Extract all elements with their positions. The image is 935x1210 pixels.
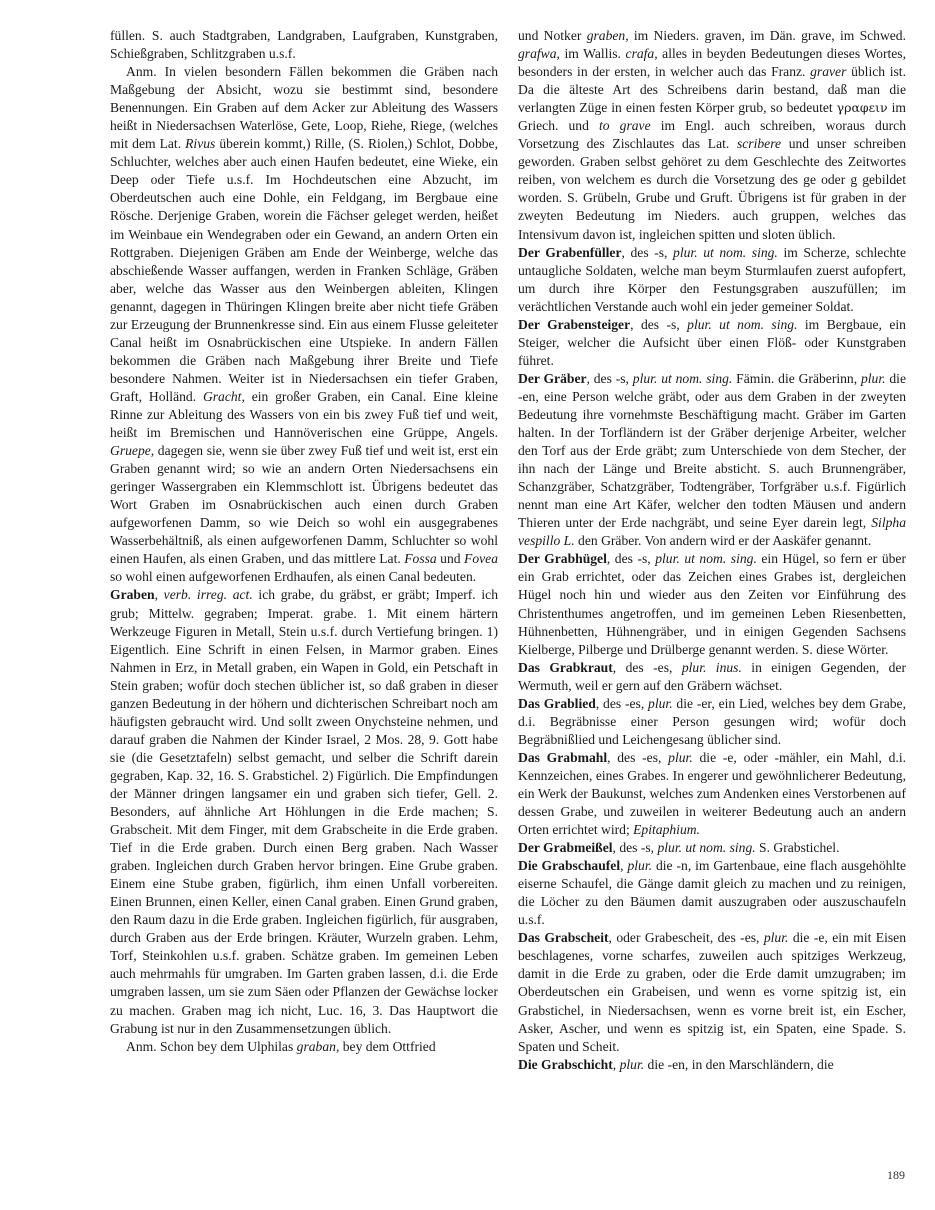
entry-headword: Der Grabenfüller	[518, 245, 622, 260]
entry-headword: Der Grabensteiger	[518, 317, 630, 332]
text-run: bey dem Ottfried	[339, 1039, 435, 1054]
left-column: füllen. S. auch Stadtgraben, Landgraben,…	[110, 27, 498, 1056]
entry-grablied: Das Grablied, des -es, plur. die -er, ei…	[518, 695, 906, 749]
entry-graeber: Der Gräber, des -s, plur. ut nom. sing. …	[518, 370, 906, 550]
entry-headword: Das Grabkraut	[518, 660, 613, 675]
paragraph-text: füllen. S. auch Stadtgraben, Landgraben,…	[110, 28, 498, 61]
text-run: und Notker	[518, 28, 587, 43]
grammar-note: plur. ut nom. sing.	[657, 840, 755, 855]
latin-term: Rivus	[185, 136, 215, 151]
term: to grave	[599, 118, 651, 133]
text-run: , des -s,	[613, 840, 658, 855]
paragraph-annotation: Anm. In vielen besondern Fällen bekommen…	[110, 63, 498, 586]
right-column: und Notker graben, im Nieders. graven, i…	[518, 27, 906, 1074]
text-run: im Nieders. graven, im Dän. grave, im Sc…	[629, 28, 906, 43]
latin-term: Epitaphium.	[633, 822, 700, 837]
text-run: im Wallis.	[560, 46, 626, 61]
entry-text: S. Grabstichel.	[756, 840, 840, 855]
text-run: , des -s,	[630, 317, 687, 332]
entry-text: Fämin. die Gräberinn,	[732, 371, 861, 386]
entry-grabmeissel: Der Grabmeißel, des -s, plur. ut nom. si…	[518, 839, 906, 857]
term: scribere	[737, 136, 781, 151]
entry-grabhuegel: Der Grabhügel, des -s, plur. ut nom. sin…	[518, 550, 906, 658]
text-run: ,	[613, 1057, 620, 1072]
gothic-term: graban,	[297, 1039, 340, 1054]
grammar-note: plur. ut nom. sing.	[687, 317, 797, 332]
paragraph-continuation: füllen. S. auch Stadtgraben, Landgraben,…	[110, 27, 498, 63]
grammar-note: verb. irreg. act.	[164, 587, 253, 602]
grammar-note: plur.	[620, 1057, 645, 1072]
entry-grabenfueller: Der Grabenfüller, des -s, plur. ut nom. …	[518, 244, 906, 316]
entry-graben: Graben, verb. irreg. act. ich grabe, du …	[110, 586, 498, 1037]
grammar-note: plur. inus.	[682, 660, 742, 675]
grammar-note: plur. ut nom. sing.	[655, 551, 757, 566]
entry-headword: Graben	[110, 587, 155, 602]
paragraph-annotation: Anm. Schon bey dem Ulphilas graban, bey …	[110, 1038, 498, 1056]
entry-headword: Das Grabmahl	[518, 750, 607, 765]
grammar-note: plur. ut nom. sing.	[633, 371, 733, 386]
entry-headword: Der Gräber	[518, 371, 587, 386]
entry-grabscheit: Das Grabscheit, oder Grabescheit, des -e…	[518, 929, 906, 1055]
entry-headword: Der Grabhügel	[518, 551, 607, 566]
entry-text: ich grabe, du gräbst, er gräbt; Imperf. …	[110, 587, 498, 1035]
text-run: , des -s,	[607, 551, 655, 566]
grammar-note: plur.	[764, 930, 789, 945]
dictionary-page: füllen. S. auch Stadtgraben, Landgraben,…	[0, 0, 935, 1210]
term: crafa,	[626, 46, 658, 61]
grammar-note: plur.	[648, 696, 673, 711]
text-run: , des -es,	[613, 660, 682, 675]
greek-term: γραφειν	[837, 100, 888, 115]
text-run: , des -s,	[622, 245, 674, 260]
term: grafwa,	[518, 46, 560, 61]
term: graben,	[587, 28, 629, 43]
text-run: und unser schreiben geworden. Graben sel…	[518, 136, 906, 241]
text-run: so wohl einen aufgeworfenen Erdhaufen, a…	[110, 569, 476, 584]
entry-headword: Der Grabmeißel	[518, 840, 613, 855]
text-run: , des -s,	[587, 371, 633, 386]
grammar-note: plur.	[627, 858, 652, 873]
grammar-note: plur. ut nom. sing.	[673, 245, 778, 260]
entry-text: die -e, ein mit Eisen beschlagenes, vorn…	[518, 930, 906, 1053]
entry-grabschaufel: Die Grabschaufel, plur. die -n, im Garte…	[518, 857, 906, 929]
anglosaxon-term: Gruepe,	[110, 443, 154, 458]
entry-text: ein Hügel, so fern er über ein Grab erri…	[518, 551, 906, 656]
entry-text: den Gräber. Von andern wird er der Aaskä…	[575, 533, 872, 548]
text-run: und	[437, 551, 464, 566]
grammar-note: plur.	[861, 371, 886, 386]
latin-term: Fovea	[464, 551, 498, 566]
entry-headword: Das Grablied	[518, 696, 596, 711]
text-run: überein kommt,) Rille, (S. Riolen,) Schl…	[110, 136, 498, 404]
entry-grabmahl: Das Grabmahl, des -es, plur. die -e, ode…	[518, 749, 906, 839]
entry-headword: Die Grabschaufel	[518, 858, 620, 873]
text-run: , des -es,	[607, 750, 668, 765]
text-run: ,	[155, 587, 164, 602]
text-run: , des -es,	[596, 696, 648, 711]
entry-text: die -en, eine Person welche gräbt, oder …	[518, 371, 906, 530]
text-run: Anm. Schon bey dem Ulphilas	[126, 1039, 297, 1054]
entry-grabkraut: Das Grabkraut, des -es, plur. inus. in e…	[518, 659, 906, 695]
text-run: , oder Grabescheit, des -es,	[609, 930, 764, 945]
dutch-term: Gracht,	[203, 389, 245, 404]
latin-term: Fossa	[404, 551, 436, 566]
entry-text: die -en, in den Marschländern, die	[644, 1057, 834, 1072]
grammar-note: plur.	[668, 750, 693, 765]
entry-grabschicht: Die Grabschicht, plur. die -en, in den M…	[518, 1056, 906, 1074]
page-number: 189	[887, 1168, 905, 1183]
entry-headword: Das Grabscheit	[518, 930, 609, 945]
term: graver	[810, 64, 846, 79]
entry-headword: Die Grabschicht	[518, 1057, 613, 1072]
paragraph-continuation: und Notker graben, im Nieders. graven, i…	[518, 27, 906, 244]
text-run: dagegen sie, wenn sie über zwey Fuß tief…	[110, 443, 498, 566]
entry-grabensteiger: Der Grabensteiger, des -s, plur. ut nom.…	[518, 316, 906, 370]
